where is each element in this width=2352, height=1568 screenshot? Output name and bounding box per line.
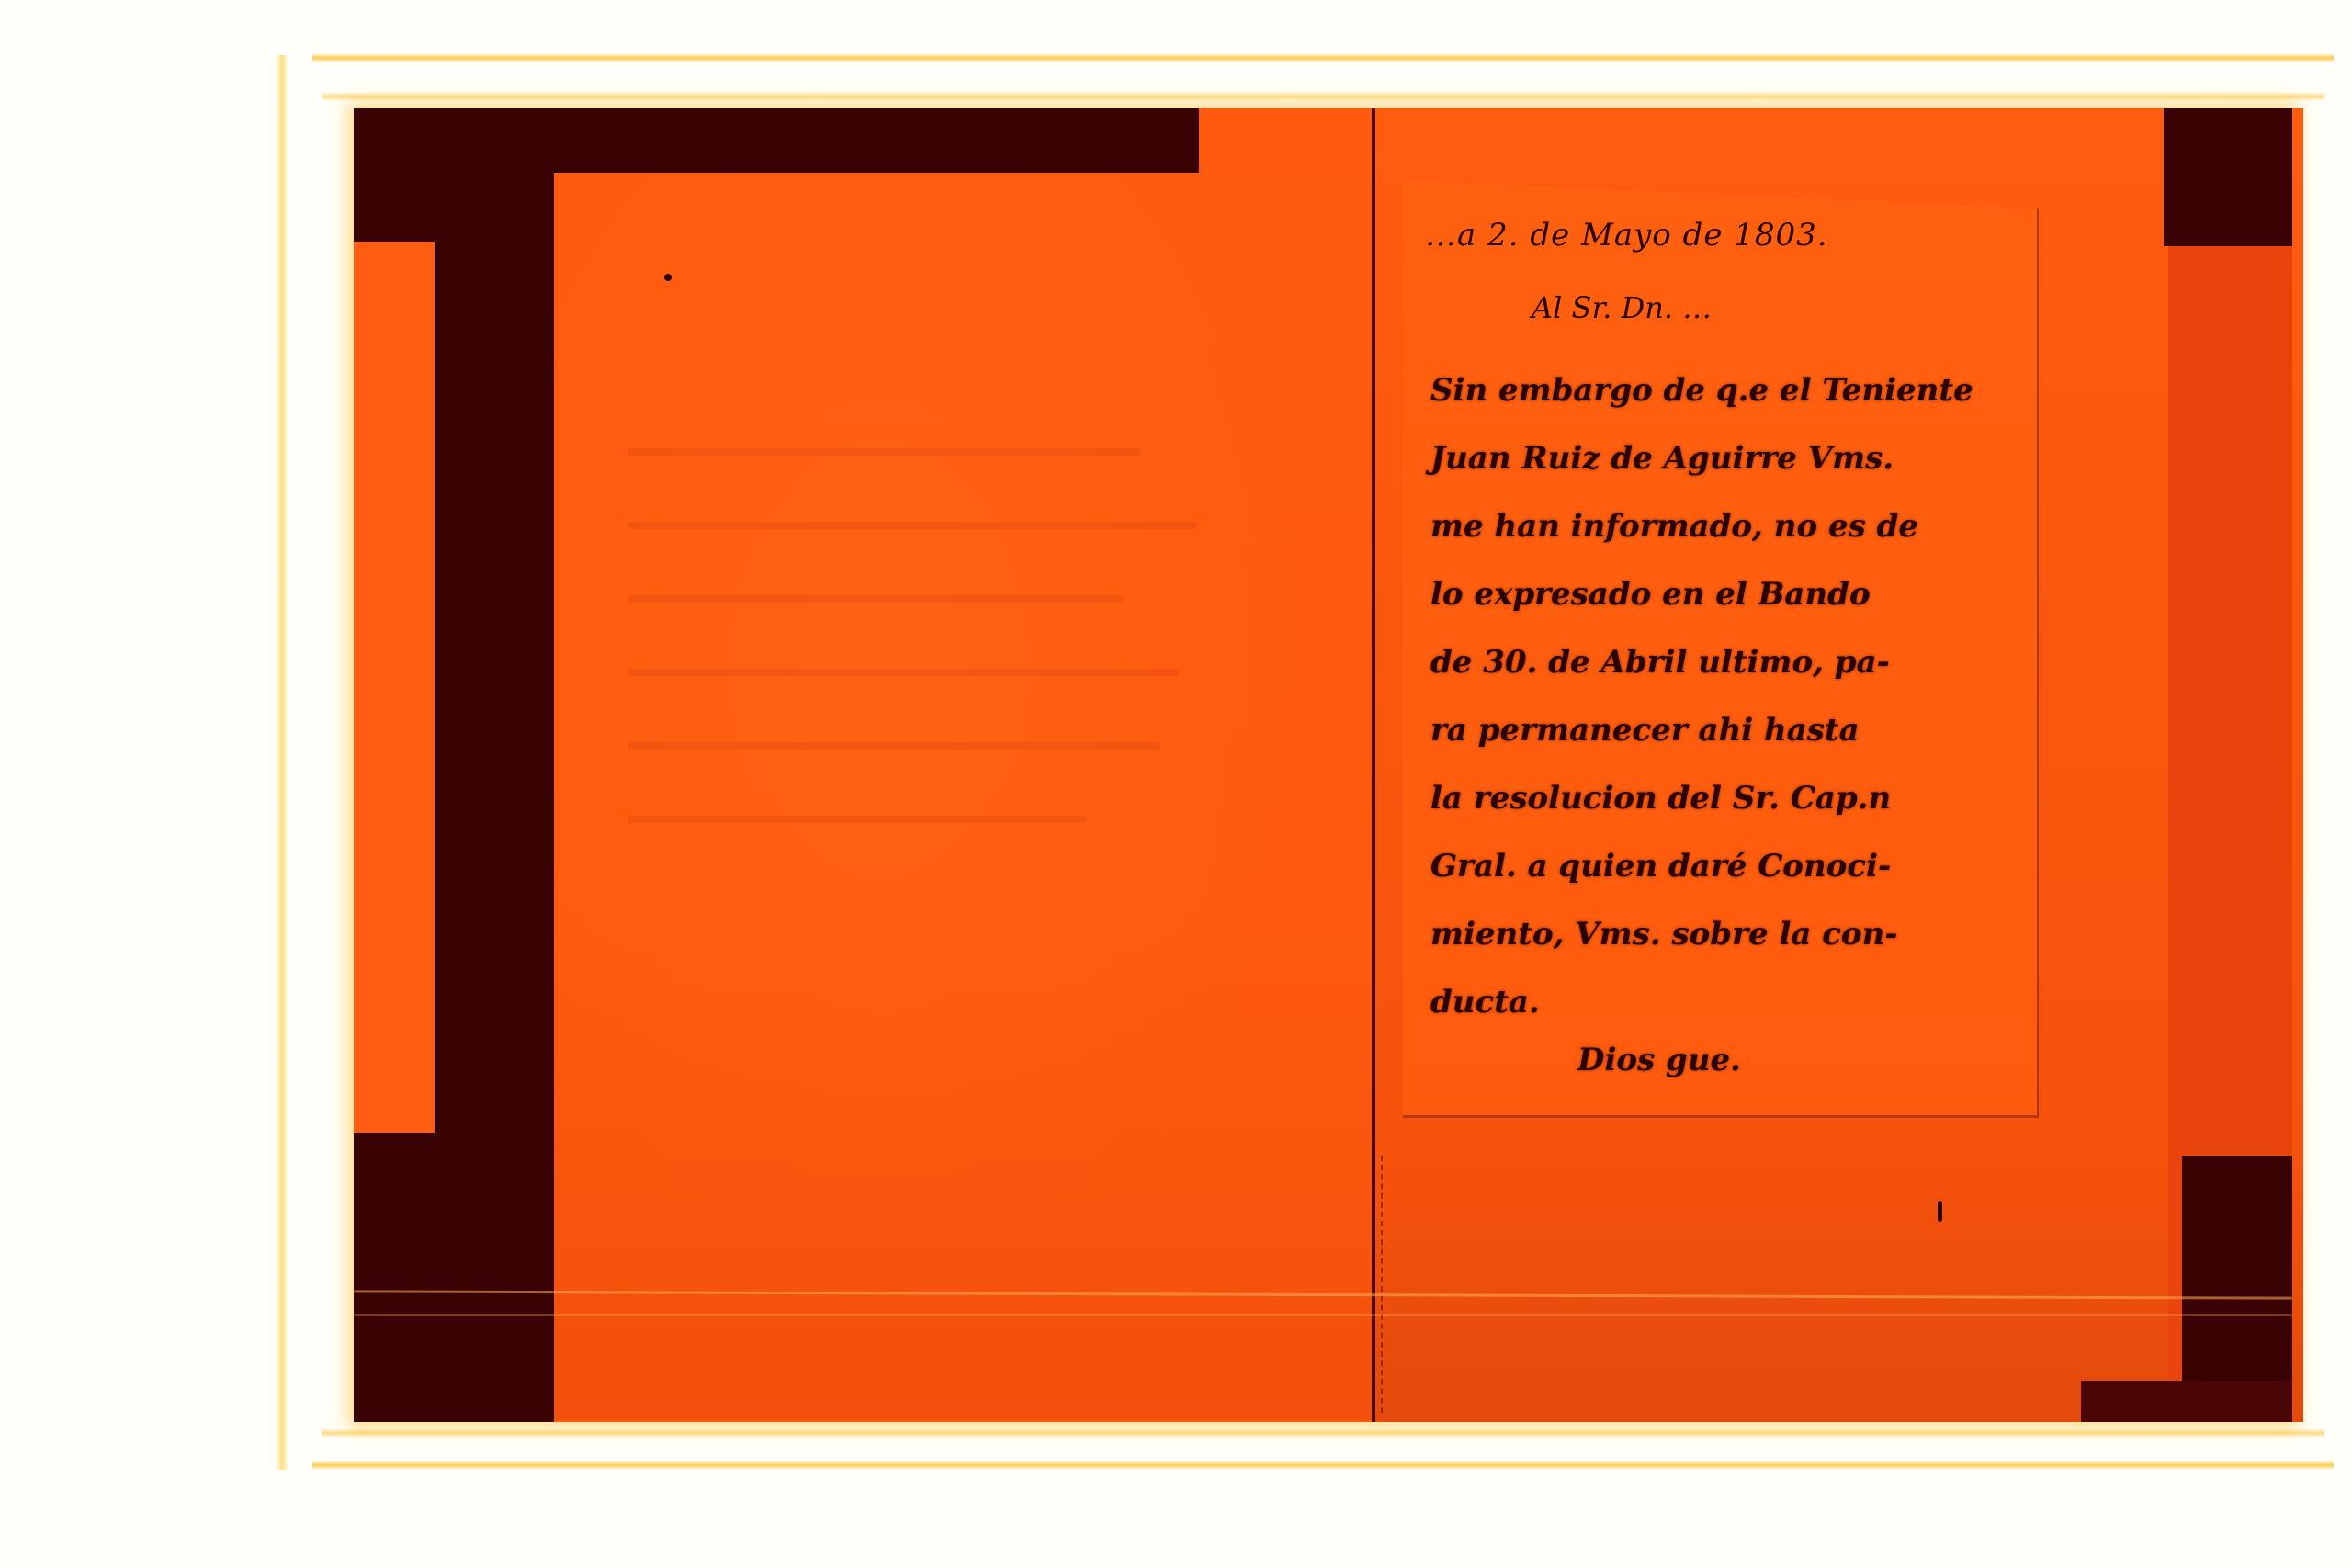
- sleeve-left-edge: [276, 55, 288, 1470]
- letter-line: lo expresado en el Bando: [1430, 560, 2018, 628]
- letter-line: miento, Vms. sobre la con-: [1430, 900, 2018, 968]
- left-page: [554, 173, 1375, 1420]
- letter-addressee: Al Sr. Dn. …: [1532, 290, 2018, 325]
- show-through-line: [628, 669, 1179, 676]
- letter-line: Gral. a quien daré Conoci-: [1430, 832, 2018, 900]
- letter-line: ducta.: [1430, 968, 2018, 1036]
- mask-left-column: [435, 108, 554, 1422]
- show-through-line: [628, 595, 1124, 603]
- mask-bottom-right-shadow: [2081, 1381, 2292, 1422]
- handwritten-letter: …a 2. de Mayo de 1803. Al Sr. Dn. … Sin …: [1430, 217, 2018, 1078]
- letter-body: Sin embargo de q.e el Teniente Juan Ruiz…: [1430, 356, 2018, 1036]
- letter-line: Juan Ruiz de Aguirre Vms.: [1430, 424, 2018, 492]
- ink-speck: [664, 274, 672, 281]
- mask-top-right-corner: [2164, 108, 2292, 246]
- show-through-line: [628, 448, 1142, 456]
- sleeve-bottom-inner-edge: [322, 1428, 2324, 1438]
- ink-speck: [1938, 1201, 1942, 1222]
- right-page: …a 2. de Mayo de 1803. Al Sr. Dn. … Sin …: [1375, 108, 2303, 1422]
- letter-line: me han informado, no es de: [1430, 492, 2018, 560]
- mask-top-left-corner: [354, 108, 446, 242]
- mask-bottom-left-corner: [354, 1133, 446, 1422]
- show-through-line: [628, 816, 1087, 823]
- letter-line: Sin embargo de q.e el Teniente: [1430, 356, 2018, 424]
- letter-dateline: …a 2. de Mayo de 1803.: [1425, 217, 2018, 254]
- microfilm-stage: …a 2. de Mayo de 1803. Al Sr. Dn. … Sin …: [0, 0, 2352, 1568]
- show-through-line: [628, 742, 1160, 750]
- letter-line: ra permanecer ahi hasta: [1430, 696, 2018, 764]
- letter-line: de 30. de Abril ultimo, pa-: [1430, 628, 2018, 696]
- letter-line: la resolucion del Sr. Cap.n: [1430, 764, 2018, 832]
- sleeve-top-edge: [312, 53, 2334, 62]
- film-scratch: [354, 1314, 2292, 1316]
- sleeve-top-inner-edge: [322, 92, 2324, 101]
- left-margin-strip: [354, 242, 435, 1133]
- letter-closing: Dios gue.: [1577, 1042, 2018, 1078]
- sleeve-bottom-edge: [312, 1461, 2334, 1470]
- film-frame: …a 2. de Mayo de 1803. Al Sr. Dn. … Sin …: [354, 108, 2292, 1422]
- letter-slip: …a 2. de Mayo de 1803. Al Sr. Dn. … Sin …: [1403, 180, 2039, 1118]
- show-through-line: [628, 522, 1197, 529]
- gutter-edge-marks: [1381, 1156, 1396, 1413]
